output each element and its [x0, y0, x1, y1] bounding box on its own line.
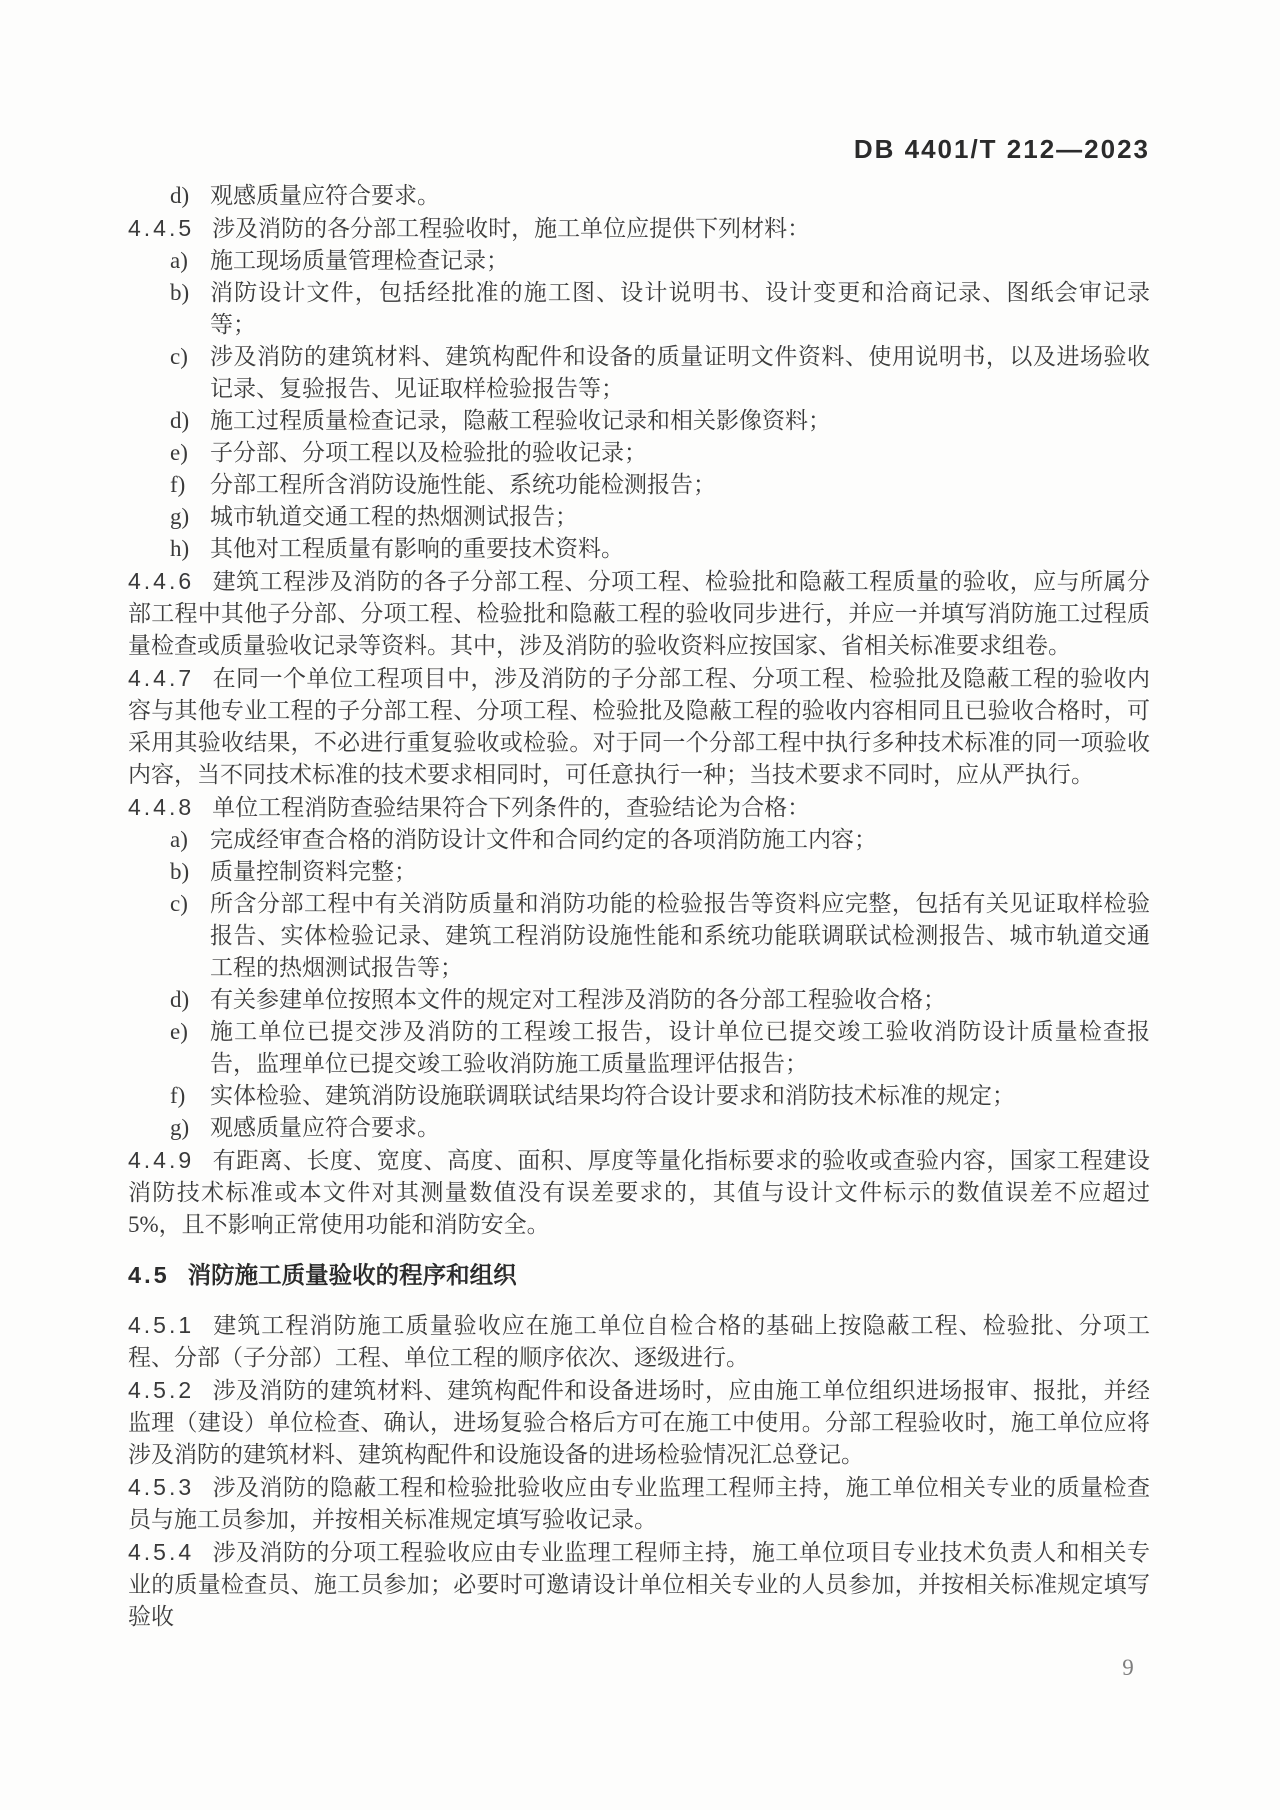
list-item-letter: d) — [170, 984, 189, 1016]
clause-text: 在同一个单位工程项目中，涉及消防的子分部工程、分项工程、检验批及隐蔽工程的验收内… — [128, 666, 1150, 787]
document-page: DB 4401/T 212—2023 d)观感质量应符合要求。4.4.5涉及消防… — [0, 0, 1280, 1810]
clause-4.5.3: 4.5.3涉及消防的隐蔽工程和检验批验收应由专业监理工程师主持，施工单位相关专业… — [128, 1471, 1150, 1536]
list-item-f: f)实体检验、建筑消防设施联调联试结果均符合设计要求和消防技术标准的规定； — [128, 1080, 1150, 1112]
clause-4.5.4: 4.5.4涉及消防的分项工程验收应由专业监理工程师主持，施工单位项目专业技术负责… — [128, 1536, 1150, 1633]
list-item-letter: e) — [170, 1016, 188, 1048]
clause-4.4.5: 4.4.5涉及消防的各分部工程验收时，施工单位应提供下列材料： — [128, 212, 1150, 245]
list-item-letter: g) — [170, 1112, 189, 1144]
clause-4.4.9: 4.4.9有距离、长度、宽度、高度、面积、厚度等量化指标要求的验收或查验内容，国… — [128, 1144, 1150, 1241]
list-item-text: 分部工程所含消防设施性能、系统功能检测报告； — [210, 472, 716, 497]
clause-text: 涉及消防的分项工程验收应由专业监理工程师主持，施工单位项目专业技术负责人和相关专… — [128, 1540, 1150, 1629]
clause-text: 单位工程消防查验结果符合下列条件的，查验结论为合格： — [212, 795, 810, 820]
section-heading-4.5: 4.5消防施工质量验收的程序和组织 — [128, 1259, 1150, 1291]
clause-text: 涉及消防的建筑材料、建筑构配件和设备进场时，应由施工单位组织进场报审、报批，并经… — [128, 1378, 1150, 1467]
list-item-text: 完成经审查合格的消防设计文件和合同约定的各项消防施工内容； — [210, 827, 877, 852]
list-item-text: 所含分部工程中有关消防质量和消防功能的检验报告等资料应完整，包括有关见证取样检验… — [210, 891, 1150, 980]
clause-text: 涉及消防的各分部工程验收时，施工单位应提供下列材料： — [212, 216, 810, 241]
list-item-text: 城市轨道交通工程的热烟测试报告； — [210, 504, 578, 529]
clause-number: 4.5.2 — [128, 1377, 194, 1403]
clause-text: 建筑工程涉及消防的各子分部工程、分项工程、检验批和隐蔽工程质量的验收，应与所属分… — [128, 569, 1150, 658]
list-item-e: e)子分部、分项工程以及检验批的验收记录； — [128, 437, 1150, 469]
standard-number-text: DB 4401/T 212—2023 — [854, 134, 1150, 164]
list-item-text: 其他对工程质量有影响的重要技术资料。 — [210, 536, 624, 561]
list-item-letter: g) — [170, 501, 189, 533]
list-item-text: 施工现场质量管理检查记录； — [210, 248, 509, 273]
list-item-h: h)其他对工程质量有影响的重要技术资料。 — [128, 533, 1150, 565]
list-item-d: d)有关参建单位按照本文件的规定对工程涉及消防的各分部工程验收合格； — [128, 984, 1150, 1016]
list-item-letter: f) — [170, 469, 185, 501]
list-item-g: g)城市轨道交通工程的热烟测试报告； — [128, 501, 1150, 533]
clause-number: 4.5.4 — [128, 1539, 194, 1565]
page-number: 9 — [1108, 1655, 1148, 1681]
clause-number: 4.4.6 — [128, 568, 194, 594]
clause-number: 4.4.7 — [128, 665, 194, 691]
list-item-a: a)完成经审查合格的消防设计文件和合同约定的各项消防施工内容； — [128, 824, 1150, 856]
list-item-letter: h) — [170, 533, 189, 565]
list-item-d: d)观感质量应符合要求。 — [128, 180, 1150, 212]
list-item-text: 观感质量应符合要求。 — [210, 1115, 440, 1140]
list-item-letter: c) — [170, 888, 188, 920]
heading-text: 消防施工质量验收的程序和组织 — [188, 1262, 517, 1288]
clause-4.4.7: 4.4.7在同一个单位工程项目中，涉及消防的子分部工程、分项工程、检验批及隐蔽工… — [128, 662, 1150, 791]
clause-number: 4.4.5 — [128, 215, 194, 241]
list-item-text: 子分部、分项工程以及检验批的验收记录； — [210, 440, 647, 465]
list-item-letter: f) — [170, 1080, 185, 1112]
list-item-a: a)施工现场质量管理检查记录； — [128, 245, 1150, 277]
clause-text: 有距离、长度、宽度、高度、面积、厚度等量化指标要求的验收或查验内容，国家工程建设… — [128, 1148, 1150, 1237]
clause-4.4.8: 4.4.8单位工程消防查验结果符合下列条件的，查验结论为合格： — [128, 791, 1150, 824]
clause-number: 4.4.8 — [128, 794, 194, 820]
document-standard-number: DB 4401/T 212—2023 — [128, 134, 1150, 165]
list-item-letter: c) — [170, 341, 188, 373]
clause-number: 4.5.1 — [128, 1312, 194, 1338]
list-item-c: c)涉及消防的建筑材料、建筑构配件和设备的质量证明文件资料、使用说明书，以及进场… — [128, 341, 1150, 405]
list-item-g: g)观感质量应符合要求。 — [128, 1112, 1150, 1144]
list-item-text: 施工过程质量检查记录，隐蔽工程验收记录和相关影像资料； — [210, 408, 831, 433]
list-item-text: 涉及消防的建筑材料、建筑构配件和设备的质量证明文件资料、使用说明书，以及进场验收… — [210, 344, 1150, 401]
list-item-letter: e) — [170, 437, 188, 469]
list-item-f: f)分部工程所含消防设施性能、系统功能检测报告； — [128, 469, 1150, 501]
clause-text: 涉及消防的隐蔽工程和检验批验收应由专业监理工程师主持，施工单位相关专业的质量检查… — [128, 1475, 1150, 1532]
document-content: d)观感质量应符合要求。4.4.5涉及消防的各分部工程验收时，施工单位应提供下列… — [128, 180, 1150, 1633]
clause-text: 建筑工程消防施工质量验收应在施工单位自检合格的基础上按隐蔽工程、检验批、分项工程… — [128, 1313, 1150, 1370]
list-item-text: 实体检验、建筑消防设施联调联试结果均符合设计要求和消防技术标准的规定； — [210, 1083, 1015, 1108]
list-item-b: b)质量控制资料完整； — [128, 856, 1150, 888]
list-item-letter: a) — [170, 824, 188, 856]
list-item-text: 消防设计文件，包括经批准的施工图、设计说明书、设计变更和洽商记录、图纸会审记录等… — [210, 280, 1150, 337]
list-item-text: 施工单位已提交涉及消防的工程竣工报告，设计单位已提交竣工验收消防设计质量检查报告… — [210, 1019, 1150, 1076]
list-item-text: 有关参建单位按照本文件的规定对工程涉及消防的各分部工程验收合格； — [210, 987, 946, 1012]
heading-number: 4.5 — [128, 1262, 170, 1288]
clause-4.5.1: 4.5.1建筑工程消防施工质量验收应在施工单位自检合格的基础上按隐蔽工程、检验批… — [128, 1309, 1150, 1374]
clause-number: 4.5.3 — [128, 1474, 194, 1500]
clause-number: 4.4.9 — [128, 1147, 194, 1173]
list-item-letter: d) — [170, 180, 189, 212]
list-item-text: 质量控制资料完整； — [210, 859, 417, 884]
list-item-letter: b) — [170, 277, 189, 309]
list-item-letter: a) — [170, 245, 188, 277]
clause-4.4.6: 4.4.6建筑工程涉及消防的各子分部工程、分项工程、检验批和隐蔽工程质量的验收，… — [128, 565, 1150, 662]
list-item-d: d)施工过程质量检查记录，隐蔽工程验收记录和相关影像资料； — [128, 405, 1150, 437]
list-item-letter: d) — [170, 405, 189, 437]
list-item-e: e)施工单位已提交涉及消防的工程竣工报告，设计单位已提交竣工验收消防设计质量检查… — [128, 1016, 1150, 1080]
list-item-text: 观感质量应符合要求。 — [210, 183, 440, 208]
list-item-c: c)所含分部工程中有关消防质量和消防功能的检验报告等资料应完整，包括有关见证取样… — [128, 888, 1150, 984]
clause-4.5.2: 4.5.2涉及消防的建筑材料、建筑构配件和设备进场时，应由施工单位组织进场报审、… — [128, 1374, 1150, 1471]
list-item-b: b)消防设计文件，包括经批准的施工图、设计说明书、设计变更和洽商记录、图纸会审记… — [128, 277, 1150, 341]
list-item-letter: b) — [170, 856, 189, 888]
